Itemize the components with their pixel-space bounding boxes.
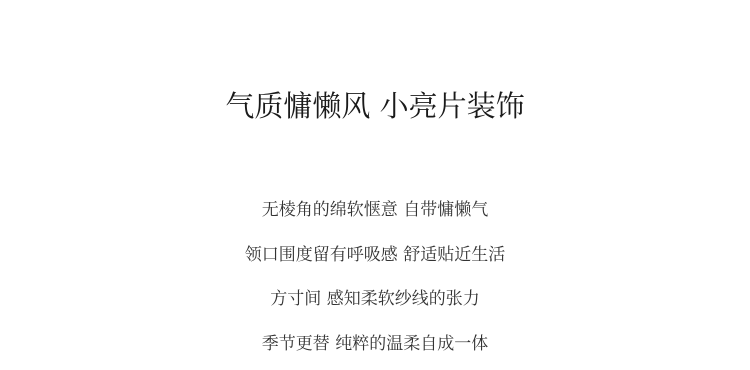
description-line: 季节更替 纯粹的温柔自成一体 — [0, 332, 750, 370]
description-line: 领口围度留有呼吸感 舒适贴近生活 — [0, 243, 750, 288]
description-line: 无棱角的绵软惬意 自带慵懒气 — [0, 198, 750, 243]
description-list: 无棱角的绵软惬意 自带慵懒气 领口围度留有呼吸感 舒适贴近生活 方寸间 感知柔软… — [0, 198, 750, 370]
description-line: 方寸间 感知柔软纱线的张力 — [0, 287, 750, 332]
page-title: 气质慵懒风 小亮片装饰 — [0, 88, 750, 124]
